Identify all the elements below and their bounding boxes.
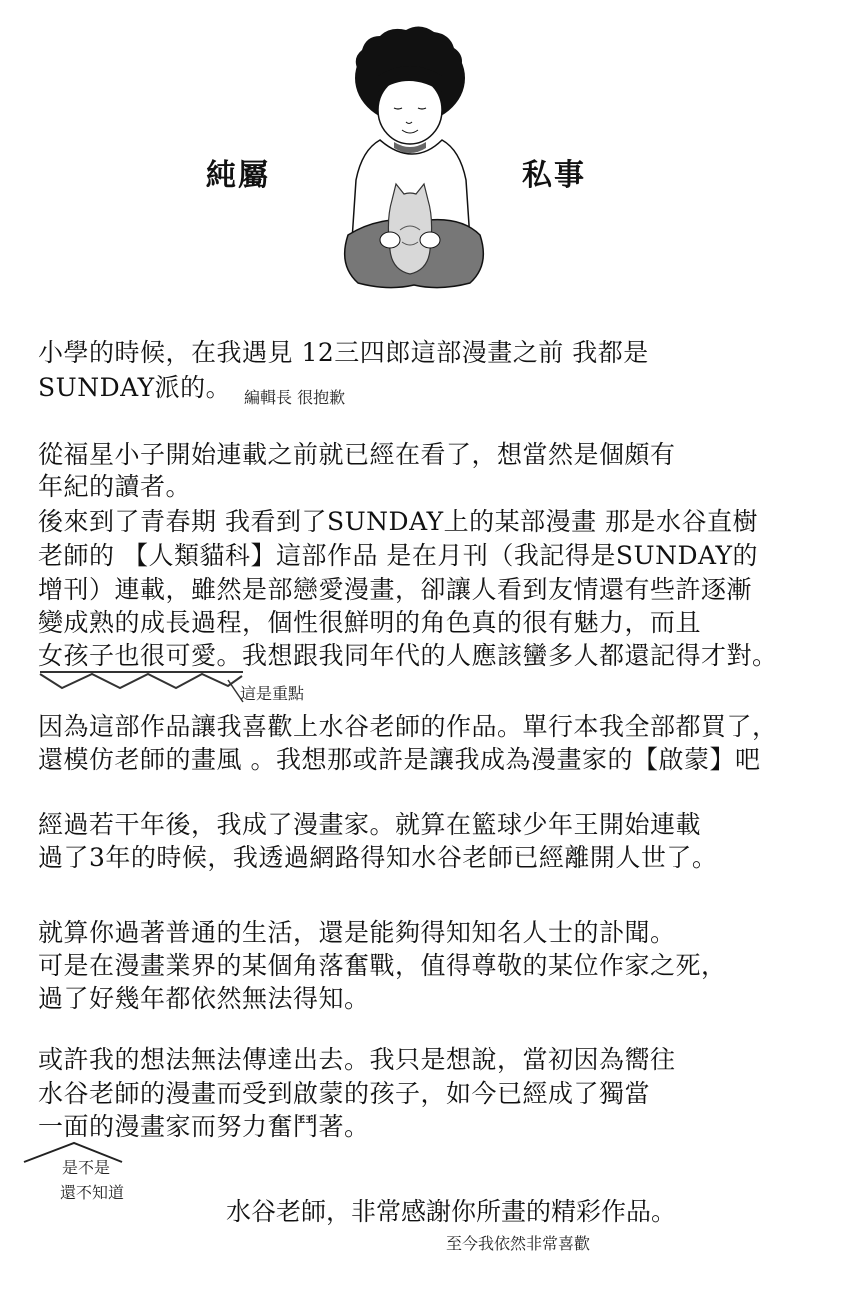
text-line: 一面的漫畫家而努力奮鬥著。	[38, 1112, 370, 1142]
text-rest: 。我想跟我同年代的人應該蠻多人都還記得才對。	[217, 641, 778, 670]
text-line: 水谷老師的漫畫而受到啟蒙的孩子，如今已經成了獨當	[38, 1079, 650, 1109]
note-editor-apology: 編輯長 很抱歉	[244, 388, 345, 408]
note-unsure-line2: 還不知道	[60, 1183, 124, 1203]
text-line: 年紀的讀者。	[38, 472, 191, 502]
closing-thanks: 水谷老師，非常感謝你所畫的精彩作品。	[226, 1192, 676, 1228]
text-line: 經過若干年後，我成了漫畫家。就算在籃球少年王開始連載	[38, 810, 701, 840]
text-line: 過了3年的時候，我透過網路得知水谷老師已經離開人世了。	[38, 843, 717, 873]
text-line: 或許我的想法無法傳達出去。我只是想說，當初因為嚮往	[38, 1045, 676, 1075]
text-line: 後來到了青春期 我看到了SUNDAY上的某部漫畫 那是水谷直樹	[38, 507, 758, 537]
title-right: 私事	[522, 150, 586, 194]
text-line: 從福星小子開始連載之前就已經在看了，想當然是個頗有	[38, 440, 676, 470]
text-line: 變成熟的成長過程，個性很鮮明的角色真的很有魅力，而且	[38, 608, 701, 638]
text-line: 小學的時候，在我遇見 12三四郎這部漫畫之前 我都是	[38, 338, 649, 368]
note-key-point: 這是重點	[240, 684, 304, 704]
note-unsure-line1: 是不是	[62, 1158, 110, 1178]
text-line: 因為這部作品讓我喜歡上水谷老師的作品。單行本我全部都買了，	[38, 712, 778, 742]
author-illustration	[330, 30, 490, 290]
emphasis-line: 女孩子也很可愛。我想跟我同年代的人應該蠻多人都還記得才對。	[38, 641, 778, 671]
title-left: 純屬	[206, 150, 270, 194]
text-line: 老師的 【人類貓科】這部作品 是在月刊（我記得是SUNDAY的	[38, 541, 758, 571]
text-line: 增刊）連載，雖然是部戀愛漫畫，卻讓人看到友情還有些許逐漸	[38, 575, 752, 605]
text-line: 可是在漫畫業界的某個角落奮戰，值得尊敬的某位作家之死，	[38, 951, 727, 981]
note-still-like: 至今我依然非常喜歡	[446, 1234, 590, 1254]
underlined-text: 女孩子也很可愛	[38, 641, 217, 670]
text-line: 還模仿老師的畫風 。我想那或許是讓我成為漫畫家的【啟蒙】吧	[38, 745, 760, 775]
wavy-underline-icon	[38, 668, 258, 708]
kneeling-person-icon	[330, 30, 490, 290]
text-line: 就算你過著普通的生活，還是能夠得知知名人士的訃聞。	[38, 918, 676, 948]
text-line: 過了好幾年都依然無法得知。	[38, 984, 370, 1014]
text-line: SUNDAY派的。	[38, 373, 231, 403]
